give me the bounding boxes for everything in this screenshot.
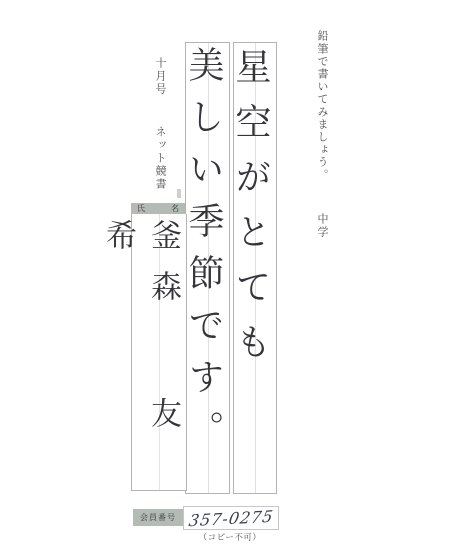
handwritten-name: 釜森 友希 [132,214,186,490]
scan-artifact-tick [177,189,181,198]
handwritten-family-name: 釜森 [145,219,181,321]
handwritten-member-number: 357-0275 [187,506,275,530]
number-field-label: 会員番号 [133,509,183,526]
name-field-box: 釜森 友希 [131,214,187,491]
instruction-sentence: 鉛筆で書いてみましょう。 [316,30,328,181]
grade-label: 中学 [316,213,328,238]
issue-month-label: 十月号 [154,57,166,96]
handwriting-line-1: 星空がとても [234,43,276,378]
writing-column-left: 美しい季節です。 [185,42,230,494]
writing-column-right: 星空がとても [233,42,277,494]
name-label-left: 氏 [137,203,145,214]
issue-caption: 十月号 ネット競書 [151,57,168,191]
contest-name-label: ネット競書 [154,126,166,191]
no-copy-note: （コピー不可） [183,531,277,543]
name-field-header: 氏 名 [131,203,185,214]
handwriting-line-2: 美しい季節です。 [186,43,229,462]
instruction-text: 鉛筆で書いてみましょう。 中学 [311,30,333,238]
name-label-right: 名 [171,203,179,214]
number-field-box: 357-0275 [183,506,279,530]
scanned-practice-sheet: 鉛筆で書いてみましょう。 中学 星空がとても 美しい季節です。 十月号 ネット競… [0,0,459,550]
